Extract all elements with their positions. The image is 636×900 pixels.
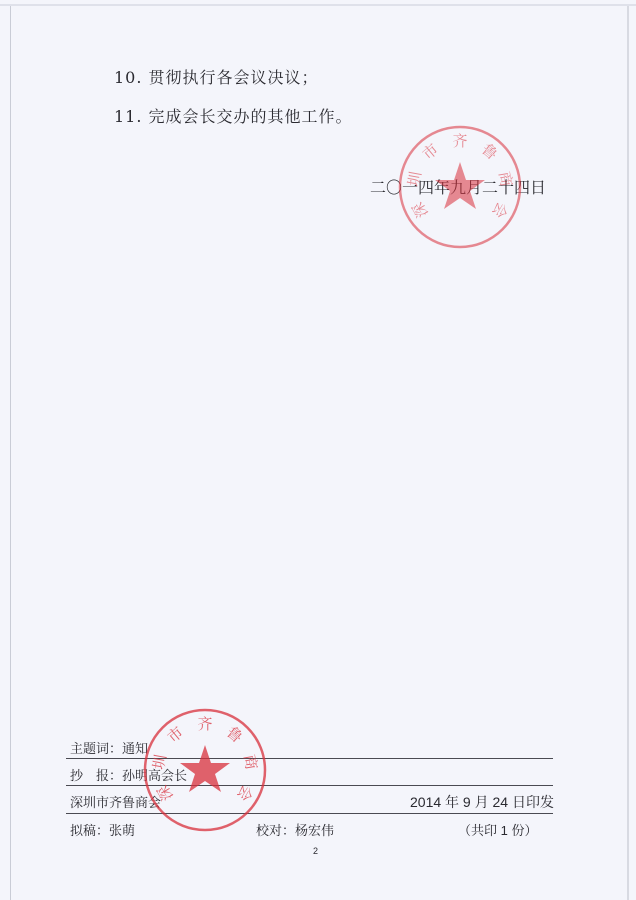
svg-text:鲁: 鲁 [223,723,246,746]
page-edge-top [0,4,636,6]
item-text: 完成会长交办的其他工作。 [149,107,353,126]
proofreader: 校对：杨宏伟 [256,820,334,839]
svg-text:商: 商 [240,753,260,771]
proofreader-label: 校对： [256,824,295,839]
copies-count: （共印 1 份） [458,820,537,839]
item-number: 10. [114,68,142,87]
divider [66,785,553,786]
page-edge-right [627,6,629,900]
list-item: 10. 贯彻执行各会议决议； [114,65,319,88]
divider [66,758,553,759]
drafter-label: 拟稿： [70,824,109,839]
svg-text:齐: 齐 [452,132,467,150]
svg-text:市: 市 [419,140,442,163]
svg-text:会: 会 [488,199,511,221]
divider [66,813,553,814]
cc-value: 孙明高会长 [122,769,187,784]
page-edge-left [10,6,11,900]
page-number: 2 [313,846,318,856]
item-text: 贯彻执行各会议决议； [149,68,319,87]
drafter: 拟稿：张萌 [70,820,135,839]
drafter-value: 张萌 [109,824,135,839]
svg-text:齐: 齐 [197,715,212,733]
subject-label: 主题词： [70,742,122,757]
issue-date: 2014 年 9 月 24 日印发 [410,792,554,812]
signature-date: 二〇一四年九月二十四日 [370,175,546,198]
proofreader-value: 杨宏伟 [295,824,334,839]
list-item: 11. 完成会长交办的其他工作。 [114,104,353,127]
svg-text:鲁: 鲁 [478,140,501,163]
item-number: 11. [114,107,142,126]
subject-value: 通知 [122,742,148,757]
cc-label: 抄 报： [70,769,122,784]
cc-field: 抄 报：孙明高会长 [70,765,187,784]
subject-keywords: 主题词：通知 [70,738,148,757]
svg-text:市: 市 [164,723,187,746]
issuer: 深圳市齐鲁商会 [70,792,161,811]
svg-text:深: 深 [409,199,432,221]
